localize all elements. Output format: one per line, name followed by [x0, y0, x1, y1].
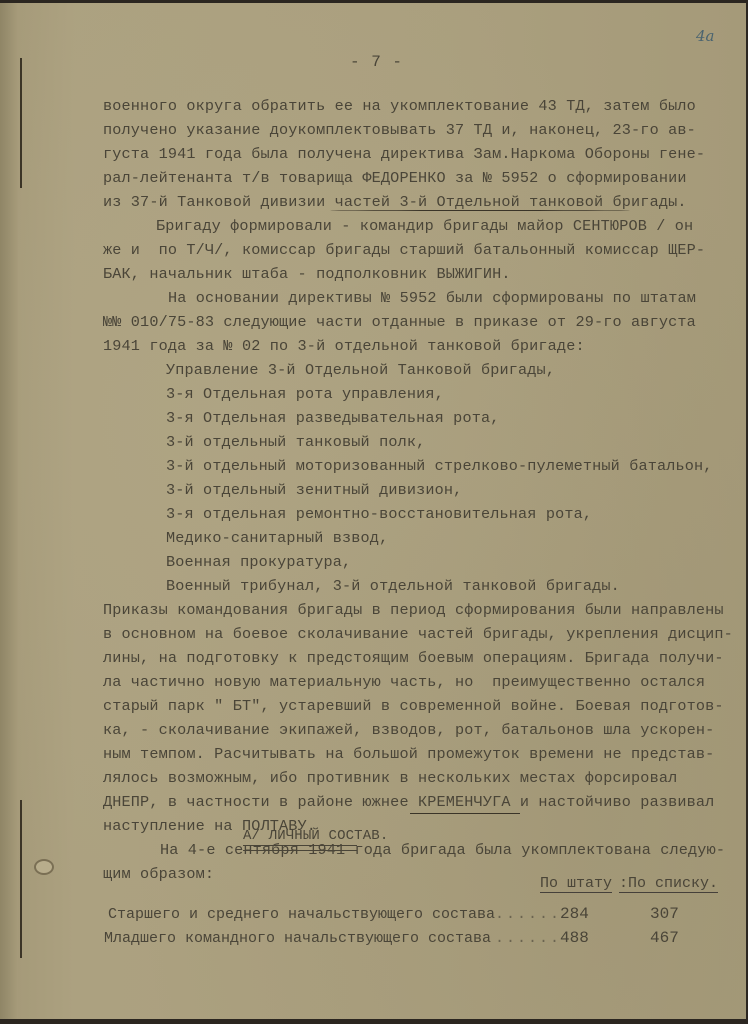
text-line: щим образом: — [103, 867, 214, 882]
unit-list-item: Военный трибунал, 3-й отдельной танковой… — [166, 579, 620, 594]
text-line: в основном на боевое сколачивание частей… — [103, 627, 733, 642]
value-by-list: 307 — [650, 905, 679, 923]
leader-dots: ...... — [495, 930, 561, 947]
text-line: №№ 010/75-83 следующие части отданные в … — [103, 315, 696, 330]
value-by-staff: 488 — [560, 929, 589, 947]
table-row-label: Младшего командного начальствующего сост… — [104, 930, 491, 947]
text-line: 1941 года за № 02 по 3-й отдельной танко… — [103, 339, 585, 354]
unit-list-item: 3-я Отдельная разведывательная рота, — [166, 411, 500, 426]
column-header-by-list: :По списку. — [619, 875, 718, 893]
page-number: - 7 - — [350, 53, 403, 71]
handwritten-page-note: 4а — [696, 27, 715, 45]
text-line: ным темпом. Расчитывать на большой проме… — [103, 747, 714, 762]
unit-list-item: Военная прокуратура, — [166, 555, 351, 570]
table-row-label: Старшего и среднего начальствующего сост… — [108, 906, 495, 923]
unit-list-item: 3-й отдельный танковый полк, — [166, 435, 425, 450]
text-line: Бригаду формировали - командир бригады м… — [156, 219, 693, 234]
section-heading: А/ ЛИЧНЫЙ СОСТАВ. — [243, 829, 388, 843]
text-line: получено указание доукомплектовывать 37 … — [103, 123, 696, 138]
unit-list-item: 3-й отдельный моторизованный стрелково-п… — [166, 459, 713, 474]
unit-list-item: Управление 3-й Отдельной Танковой бригад… — [166, 363, 555, 378]
text-line: ла частично новую материальную часть, но… — [103, 675, 705, 690]
value-by-staff: 284 — [560, 905, 589, 923]
text-line: БАК, начальник штаба - подполковник ВЫЖИ… — [103, 267, 511, 282]
text-line: На основании директивы № 5952 были сформ… — [168, 291, 696, 306]
text-line: Приказы командования бригады в период сф… — [103, 603, 724, 618]
value-by-list: 467 — [650, 929, 679, 947]
unit-list-item: 3-я Отдельная рота управления, — [166, 387, 444, 402]
pencil-underline — [410, 813, 520, 814]
binding-thread — [20, 800, 22, 958]
double-underline — [243, 845, 357, 851]
text-line: густа 1941 года была получена директива … — [103, 147, 705, 162]
text-line: лины, на подготовку к предстоящим боевым… — [103, 651, 724, 666]
text-line: лялось возможным, ибо противник в нескол… — [103, 771, 677, 786]
unit-list-item: Медико-санитарный взвод, — [166, 531, 388, 546]
text-line: старый парк " БТ", устаревший в современ… — [103, 699, 724, 714]
document-page: 4а - 7 - военного округа обратить ее на … — [0, 3, 746, 1019]
text-line: из 37-й Танковой дивизии частей 3-й Отде… — [103, 195, 687, 210]
pencil-underline — [330, 210, 630, 211]
column-header-by-staff: По штату — [540, 875, 612, 893]
unit-list-item: 3-я отдельная ремонтно-восстановительная… — [166, 507, 592, 522]
text-line: ка, - сколачивание экипажей, взводов, ро… — [103, 723, 714, 738]
binding-edge — [0, 3, 18, 1019]
text-line: военного округа обратить ее на укомплект… — [103, 99, 696, 114]
unit-list-item: 3-й отдельный зенитный дивизион, — [166, 483, 462, 498]
leader-dots: ...... — [495, 906, 561, 923]
punch-hole — [34, 859, 54, 875]
text-line: ДНЕПР, в частности в районе южнее КРЕМЕН… — [103, 795, 714, 810]
binding-thread — [20, 58, 22, 188]
text-line: рал-лейтенанта т/в товарища ФЕДОРЕНКО за… — [103, 171, 687, 186]
text-line: же и по Т/Ч/, комиссар бригады старший б… — [103, 243, 705, 258]
